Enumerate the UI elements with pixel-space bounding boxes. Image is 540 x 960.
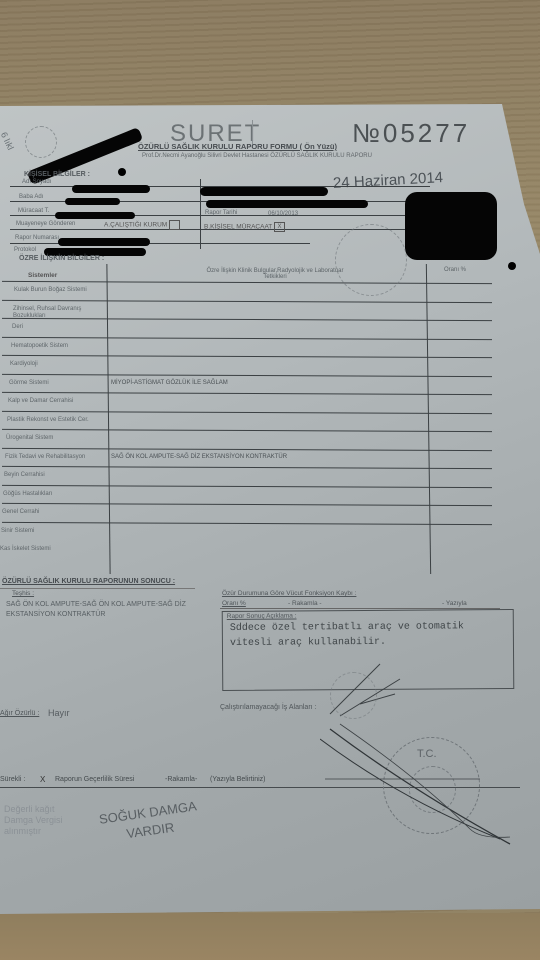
validity-numeric-label: -Rakamla- xyxy=(165,776,197,783)
redacted-application xyxy=(55,212,135,219)
redaction-dot xyxy=(118,168,126,176)
stamp-duty-line: alınmıştır xyxy=(4,826,63,837)
col-header-systems: Sistemler xyxy=(28,272,57,279)
system-name: Beyin Cerrahisi xyxy=(4,472,99,479)
system-name: Göğüs Hastalıkları xyxy=(3,491,98,498)
stamp-duty-note: Değerli kağıt Damga Vergisi alınmıştır xyxy=(4,804,63,837)
redacted-photo xyxy=(405,192,497,260)
report-paper: 6 lıkl SURET №05277 ÖZÜRLÜ SAĞLIK KURULU… xyxy=(0,104,540,914)
severe-disabled-label: Ağır Özürlü : xyxy=(0,710,39,717)
redacted-report-number xyxy=(58,238,150,246)
report-date-value: 06/10/2013 xyxy=(268,211,298,217)
field-label-report-number: Rapor Numarası xyxy=(15,235,59,241)
table-row: Sinir Sistemi xyxy=(0,525,500,544)
field-label-name: Adı Soyadı xyxy=(22,179,51,185)
field-label-referrer: Muayeneye Gönderen xyxy=(16,221,75,227)
stamp-duty-line: Damga Vergisi xyxy=(4,815,63,826)
redacted-right-1 xyxy=(200,187,328,196)
system-name: Kalp ve Damar Cerrahisi xyxy=(8,398,103,405)
finding-text: MİYOPİ-ASTİGMAT GÖZLÜK İLE SAĞLAM xyxy=(111,380,228,386)
personal-info-title: KİŞİSEL BİLGİLER : xyxy=(24,171,90,178)
ratio-numeric-label: - Rakamla - xyxy=(288,600,322,607)
col-header-ratio: Oranı % xyxy=(440,267,470,273)
unworkable-areas-label: Çalıştırılamayacağı İş Alanları : xyxy=(220,704,316,711)
validity-written-label: (Yazıyla Belirtiniz) xyxy=(210,776,266,783)
handwritten-date: 24 Haziran 2014 xyxy=(333,169,444,192)
referrer-option-institution[interactable]: A.ÇALIŞTIĞI KURUM xyxy=(104,220,180,230)
redacted-name xyxy=(72,185,150,193)
stamp-duty-line: Değerli kağıt xyxy=(4,804,63,815)
institution-checkbox[interactable] xyxy=(169,220,180,230)
explanation-label: Rapor Sonuç Açıklama : xyxy=(227,612,297,619)
finding-text: SAĞ ÖN KOL AMPUTE-SAĞ DİZ EKSTANSİYON KO… xyxy=(111,454,287,460)
form-subtitle: Prof.Dr.Necmi Ayanoğlu Silivri Devlet Ha… xyxy=(142,153,372,159)
system-name: Plastik Rekonst ve Estetik Cer. xyxy=(7,417,102,424)
report-date-label: Rapor Tarihi xyxy=(205,210,237,216)
faint-seal-icon xyxy=(335,224,407,296)
table-row: Kas İskelet Sistemi xyxy=(0,543,500,562)
field-label-application: Müracaat T. xyxy=(18,208,49,214)
referrer-option-personal[interactable]: B.KİŞİSEL MÜRACAAT X xyxy=(204,222,285,232)
wooden-table-bottom xyxy=(0,913,540,960)
diagnosis-text: SAĞ ÖN KOL AMPUTE-SAĞ ÖN KOL AMPUTE-SAĞ … xyxy=(6,600,216,620)
ratio-written-label: - Yazıyla xyxy=(442,600,467,607)
redaction-dot xyxy=(508,262,516,270)
system-name: Hematopoetik Sistem xyxy=(11,343,106,350)
system-name: Kulak Burun Boğaz Sistemi xyxy=(14,287,109,294)
institution-option-label: A.ÇALIŞTIĞI KURUM xyxy=(104,222,167,229)
form-title: ÖZÜRLÜ SAĞLIK KURULU RAPORU FORMU ( Ön Y… xyxy=(138,142,337,151)
redacted-right-2 xyxy=(206,200,368,208)
field-label-father-name: Baba Adı xyxy=(19,194,43,200)
ratio-label: Oranı % xyxy=(222,600,246,607)
permanent-label: Sürekli : xyxy=(0,776,25,783)
severe-disabled-value: Hayır xyxy=(48,708,70,718)
cold-stamp: SOĞUK DAMGA VARDIR xyxy=(98,797,200,846)
validity-label: Raporun Geçerlilik Süresi xyxy=(55,776,134,783)
system-name: Genel Cerrahi xyxy=(2,509,97,516)
system-name: Fizik Tedavi ve Rehabilitasyon xyxy=(5,454,100,461)
system-name: Ürogenital Sistem xyxy=(6,435,101,442)
margin-handwriting: 6 lıkl xyxy=(0,130,16,151)
system-name: Görme Sistemi xyxy=(9,380,104,387)
diagnosis-label: Teşhis : xyxy=(12,590,34,597)
system-name: Deri xyxy=(12,324,107,331)
system-name: Kas İskelet Sistemi xyxy=(0,546,95,553)
personal-application-label: B.KİŞİSEL MÜRACAAT xyxy=(204,224,272,231)
faint-seal-icon xyxy=(330,672,377,719)
signature-over-seal-icon xyxy=(320,719,520,849)
system-name: Kardiyoloji xyxy=(10,361,105,368)
personal-application-checkbox[interactable]: X xyxy=(274,222,285,232)
function-loss-label: Özür Durumuna Göre Vücut Fonksiyon Kaybı… xyxy=(222,590,356,597)
col-header-findings: Özre İlişkin Klinik Bulgular,Radyolojik … xyxy=(205,268,345,280)
permanent-mark: X xyxy=(40,775,45,784)
redacted-father-name xyxy=(65,198,120,205)
serial-number: №05277 xyxy=(352,118,470,149)
system-name: Sinir Sistemi xyxy=(1,528,96,535)
field-label-protocol: Protokol xyxy=(14,247,36,253)
result-section-title: ÖZÜRLÜ SAĞLIK KURULU RAPORUNUN SONUCU : xyxy=(2,578,175,585)
hospital-logo-icon xyxy=(25,126,57,158)
disability-info-title: ÖZRE İLİŞKİN BİLGİLER : xyxy=(19,255,104,262)
